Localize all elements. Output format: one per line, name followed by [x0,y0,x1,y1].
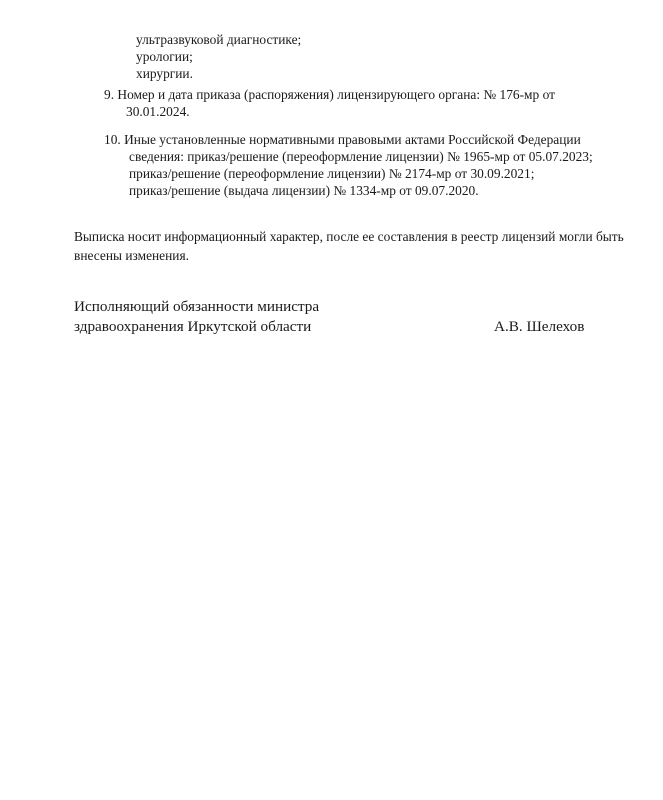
item-text: Номер и дата приказа (распоряжения) лице… [117,87,555,102]
item-number: 10. [104,131,121,148]
signatory-position: Исполняющий обязанности министра [74,297,604,317]
disclaimer-line: внесены изменения. [74,247,634,266]
service-item: урологии; [136,48,301,65]
service-item: ультразвуковой диагностике; [136,31,301,48]
item-text-continuation: приказ/решение (выдача лицензии) № 1334-… [104,182,624,199]
item-text: Иные установленные нормативными правовым… [124,132,581,147]
item-text-continuation: приказ/решение (переоформление лицензии)… [104,165,624,182]
signatory-name: А.В. Шелехов [494,317,584,337]
service-item: хирургии. [136,65,301,82]
informational-disclaimer: Выписка носит информационный характер, п… [74,228,634,266]
signature-block: Исполняющий обязанности министра здравоо… [74,297,604,337]
item-10-other-information: 10. Иные установленные нормативными прав… [104,131,624,199]
item-9-order-number-and-date: 9. Номер и дата приказа (распоряжения) л… [104,86,624,120]
item-text-continuation: сведения: приказ/решение (переоформление… [104,148,624,165]
document-page: ультразвуковой диагностике; урологии; хи… [0,0,663,800]
medical-services-list-continued: ультразвуковой диагностике; урологии; хи… [136,31,301,82]
item-text-continuation: 30.01.2024. [104,103,624,120]
item-number: 9. [104,86,114,103]
disclaimer-line: Выписка носит информационный характер, п… [74,228,634,247]
